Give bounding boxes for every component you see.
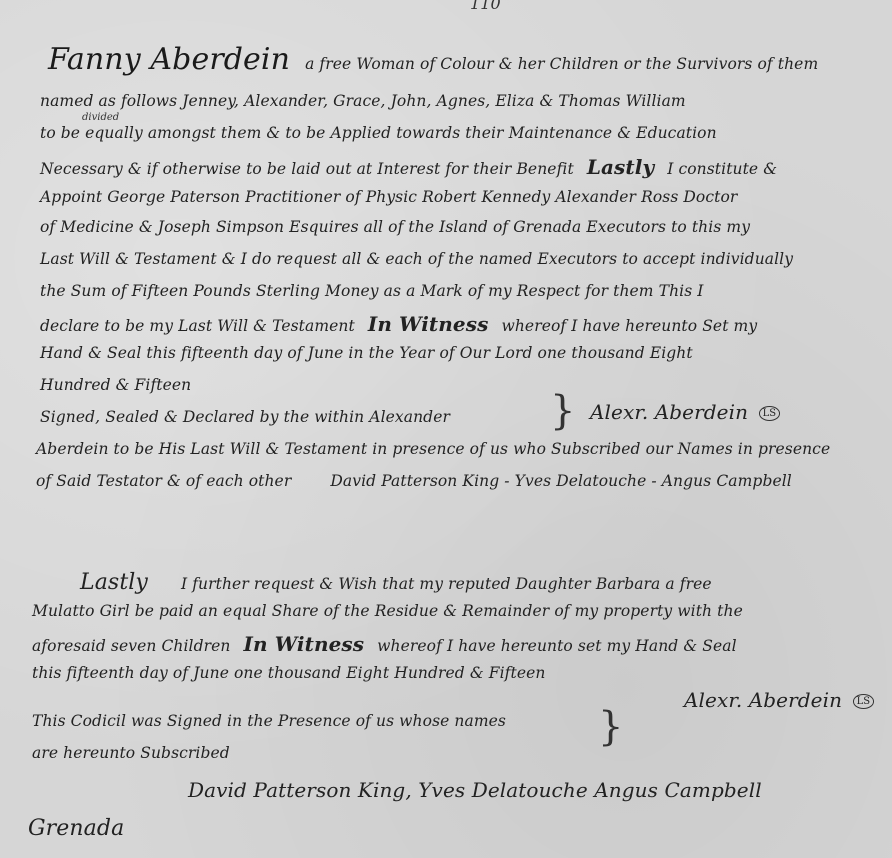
- witness-signatures: David Patterson King - Yves Delatouche -…: [330, 472, 791, 490]
- codicil-line-4: this fifteenth day of June one thousand …: [32, 664, 545, 682]
- seal-icon: LS: [759, 406, 781, 421]
- codicil-brace-mark: }: [598, 704, 623, 750]
- will-line-10: Hand & Seal this fifteenth day of June i…: [40, 344, 693, 362]
- attestation-line-2: Aberdein to be His Last Will & Testament…: [36, 440, 830, 458]
- will-line-6: of Medicine & Joseph Simpson Esquires al…: [40, 218, 750, 236]
- codicil-line-5: This Codicil was Signed in the Presence …: [32, 712, 506, 730]
- codicil-heading: Lastly: [80, 570, 148, 595]
- will-line-3: to be equally amongst them & to be Appli…: [40, 124, 717, 142]
- codicil-seal-icon: LS: [853, 694, 875, 709]
- will-line-9: declare to be my Last Will & Testament I…: [40, 312, 757, 336]
- brace-mark: }: [550, 388, 575, 434]
- in-witness-emphasis: In Witness: [368, 312, 489, 336]
- codicil-witnesses: David Patterson King, Yves Delatouche An…: [188, 778, 762, 802]
- will-line-7: Last Will & Testament & I do request all…: [40, 250, 793, 268]
- codicil-line-6: are hereunto Subscribed: [32, 744, 230, 762]
- codicil-line-2: Mulatto Girl be paid an equal Share of t…: [32, 602, 743, 620]
- attestation-line-1: Signed, Sealed & Declared by the within …: [40, 408, 450, 426]
- codicil-in-witness: In Witness: [244, 632, 365, 656]
- lastly-emphasis: Lastly: [587, 155, 654, 179]
- will-line-8: the Sum of Fifteen Pounds Sterling Money…: [40, 282, 704, 300]
- interlinear-divided: divided: [82, 112, 119, 123]
- codicil-line-3: aforesaid seven Children In Witness wher…: [32, 632, 737, 656]
- will-line-5: Appoint George Paterson Practitioner of …: [40, 188, 737, 206]
- codicil-signature: Alexr. Aberdein LS: [684, 688, 874, 712]
- manuscript-page: 110 Fanny Aberdein a free Woman of Colou…: [0, 0, 892, 858]
- attestation-line-3: of Said Testator & of each other David P…: [36, 472, 792, 490]
- will-line-4: Necessary & if otherwise to be laid out …: [40, 155, 777, 179]
- heading-name: Fanny Aberdein: [48, 42, 290, 77]
- testator-signature: Alexr. Aberdein LS: [590, 400, 780, 424]
- will-line-1: Fanny Aberdein a free Woman of Colour & …: [48, 42, 818, 77]
- page-number: 110: [470, 0, 501, 13]
- codicil-line-1: Lastly I further request & Wish that my …: [80, 570, 712, 595]
- will-line-11: Hundred & Fifteen: [40, 376, 191, 394]
- place-name-grenada: Grenada: [28, 816, 124, 841]
- will-line-2: named as follows Jenney, Alexander, Grac…: [40, 92, 686, 110]
